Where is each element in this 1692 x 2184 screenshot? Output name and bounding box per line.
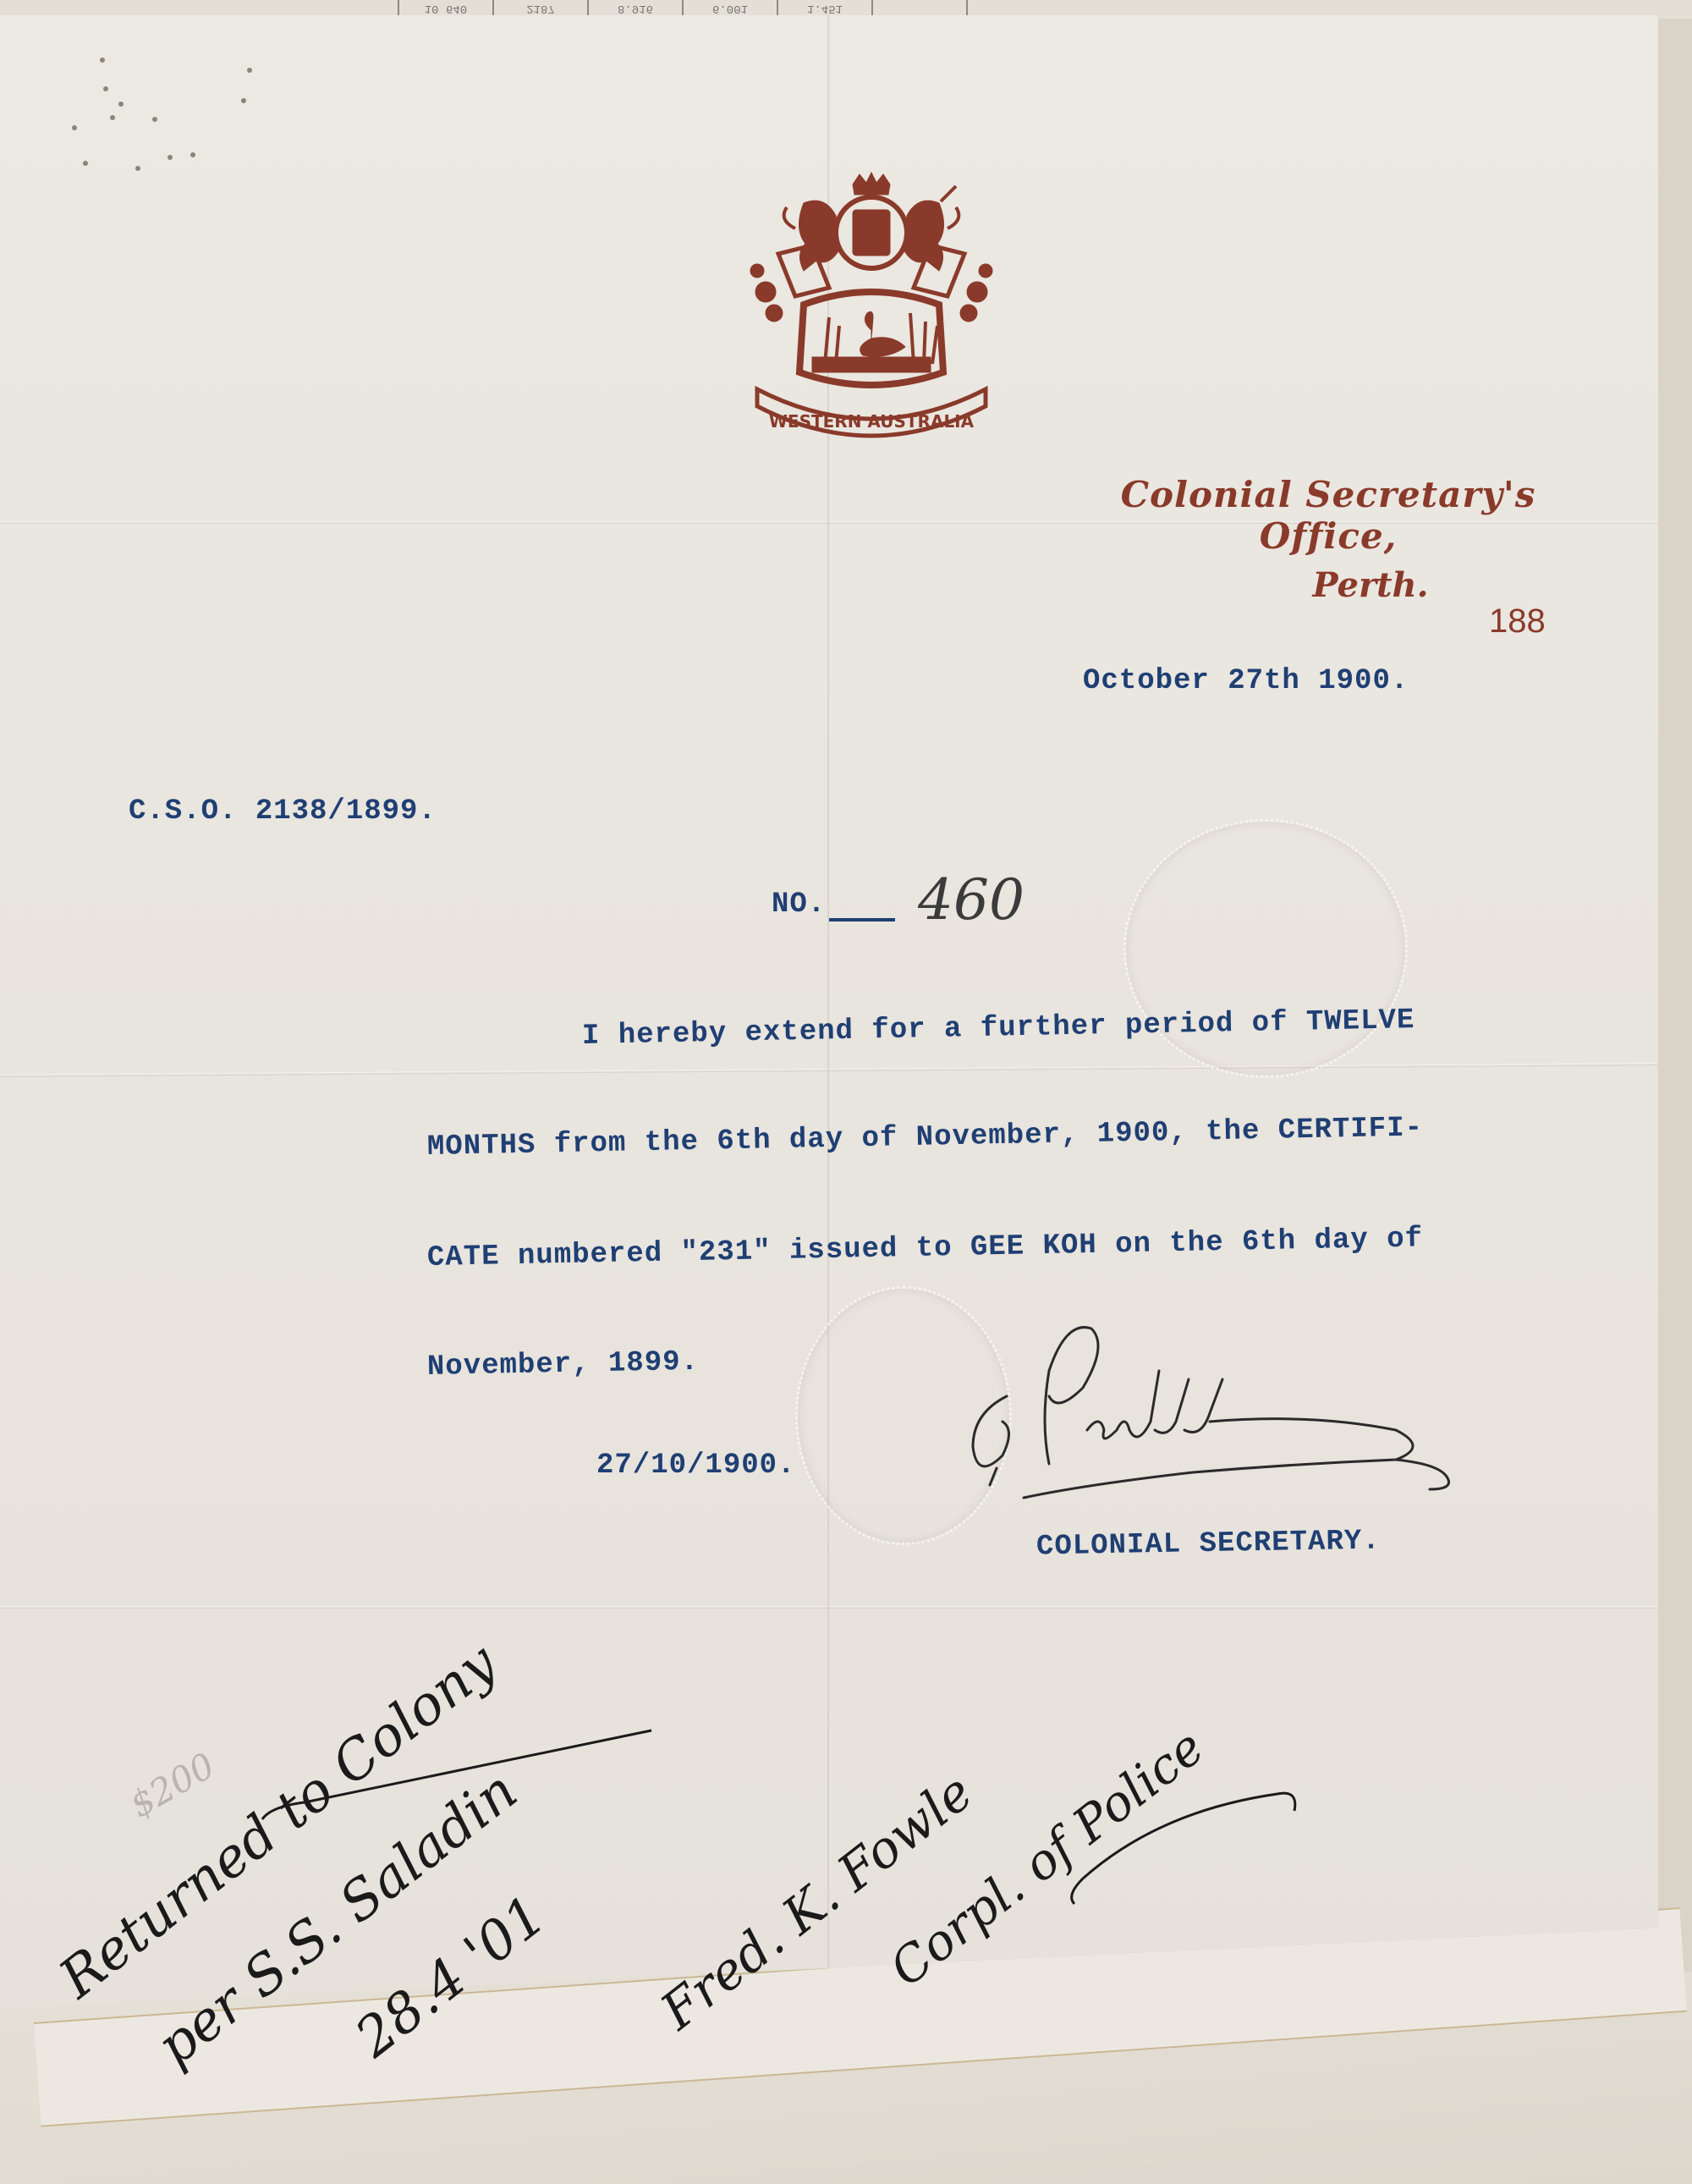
punch-hole	[241, 98, 246, 103]
fold-line	[0, 1063, 1658, 1077]
letterhead: Colonial Secretary's Office, Perth.	[1015, 474, 1607, 605]
letterhead-city: Perth.	[1134, 565, 1607, 605]
punch-hole	[103, 86, 108, 91]
punch-hole	[118, 102, 124, 107]
signed-date: 27/10/1900.	[596, 1450, 795, 1482]
certificate-number-label: NO.	[772, 888, 826, 921]
punch-hole	[247, 68, 252, 73]
ledger-cell	[966, 0, 1061, 15]
underline-flourish-icon	[254, 1726, 660, 1828]
crest-motto: WESTERN AUSTRALIA	[769, 411, 975, 432]
ledger-cell: 10 640	[398, 0, 492, 15]
punch-hole	[83, 161, 88, 166]
ledger-cell: 2187	[492, 0, 587, 15]
ledger-cell	[871, 0, 966, 15]
punch-hole	[100, 58, 105, 63]
number-underline	[829, 918, 895, 921]
letterhead-office: Colonial Secretary's Office,	[1049, 474, 1607, 557]
body-line: November, 1899.	[427, 1346, 700, 1384]
punch-hole	[72, 125, 77, 130]
punch-hole	[152, 117, 157, 122]
ledger-cell: 1.451	[777, 0, 871, 15]
ledger-cell: 6.001	[682, 0, 777, 15]
flourish-icon	[1057, 1777, 1311, 1912]
coat-of-arms-crest-icon: WESTERN AUSTRALIA	[744, 169, 998, 448]
reference-number: C.S.O. 2138/1899.	[129, 795, 437, 828]
signature-icon: G. Randell	[956, 1320, 1548, 1506]
punch-hole	[135, 166, 140, 171]
punch-hole	[190, 152, 195, 157]
punch-hole	[110, 115, 115, 120]
signatory-title: COLONIAL SECRETARY.	[1036, 1525, 1381, 1563]
certificate-number-handwritten: 460	[918, 867, 1025, 932]
punch-hole	[168, 155, 173, 160]
letter-date: October 27th 1900.	[1083, 665, 1409, 697]
ledger-cell: 8.916	[587, 0, 682, 15]
letterhead-year-prefix: 188	[1489, 602, 1546, 641]
fold-line	[0, 1606, 1658, 1609]
